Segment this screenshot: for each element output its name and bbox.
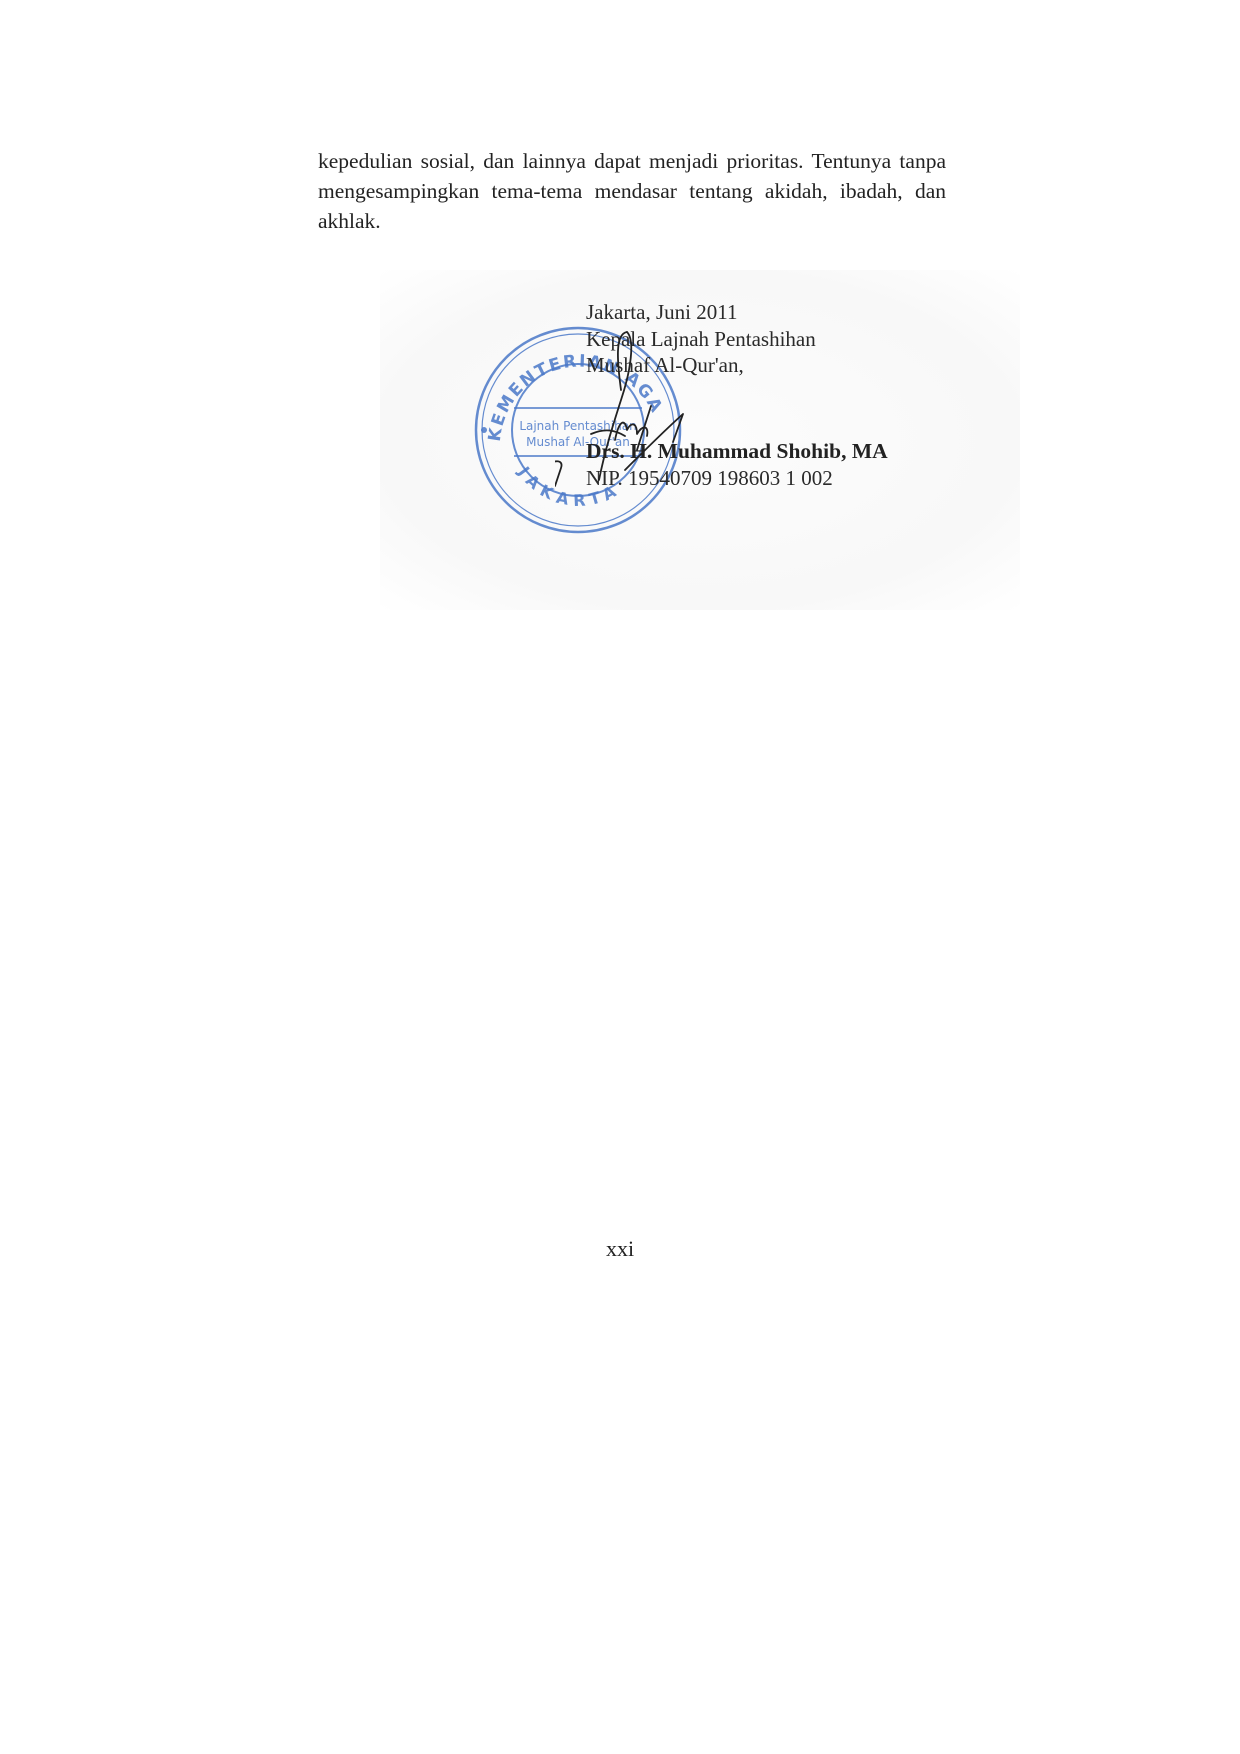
page-number: xxi bbox=[0, 1236, 1240, 1262]
place-date: Jakarta, Juni 2011 bbox=[586, 300, 737, 325]
body-paragraph: kepedulian sosial, dan lainnya dapat men… bbox=[318, 146, 946, 236]
handwritten-signature bbox=[555, 330, 735, 490]
